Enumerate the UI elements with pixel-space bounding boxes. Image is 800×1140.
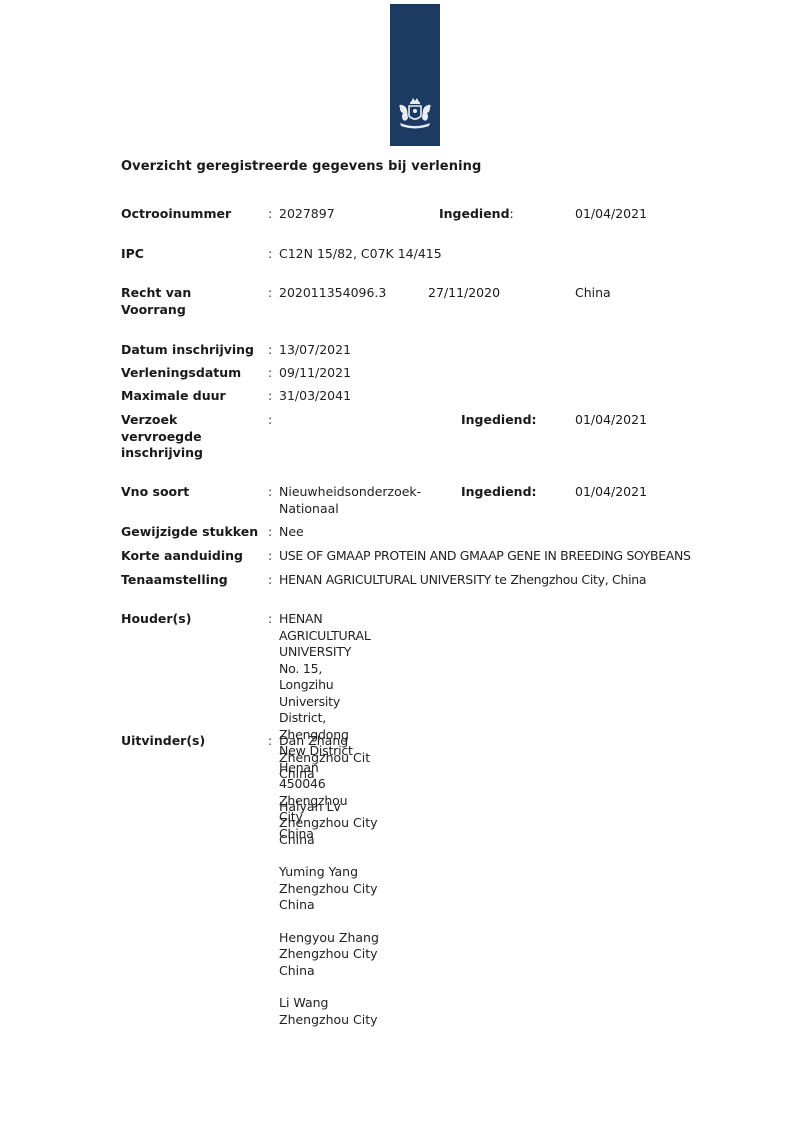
dutch-coat-of-arms-icon: [394, 96, 436, 136]
inventor-country: China: [279, 897, 379, 914]
inventor-entry: Dan ZhangZhengzhou CitChina: [279, 733, 379, 783]
label-korte-aanduiding: Korte aanduiding: [121, 548, 261, 565]
value-ingediend: 01/04/2021: [575, 484, 647, 501]
label-ingediend: Ingediend: [439, 206, 510, 221]
inventor-name: Hengyou Zhang: [279, 930, 379, 947]
colon: :: [268, 412, 272, 429]
inventor-country: China: [279, 963, 379, 980]
colon: :: [268, 246, 272, 263]
value-priority-number: 202011354096.3: [279, 285, 386, 302]
colon: :: [268, 365, 272, 382]
inventor-entry: Haiyan LvZhengzhou CityChina: [279, 799, 379, 849]
inventor-name: Yuming Yang: [279, 864, 379, 881]
value-tenaamstelling: HENAN AGRICULTURAL UNIVERSITY te Zhengzh…: [279, 572, 646, 589]
label-maximale-duur: Maximale duur: [121, 388, 261, 405]
value-ingediend: 01/04/2021: [575, 206, 647, 223]
value-maximale-duur: 31/03/2041: [279, 388, 351, 405]
colon: :: [268, 342, 272, 359]
value-datum-inschrijving: 13/07/2021: [279, 342, 351, 359]
inventor-entry: Li WangZhengzhou City: [279, 995, 379, 1028]
inventor-name: Haiyan Lv: [279, 799, 379, 816]
colon: :: [268, 484, 272, 501]
value-verleningsdatum: 09/11/2021: [279, 365, 351, 382]
value-ingediend: 01/04/2021: [575, 412, 647, 429]
inventor-country: China: [279, 766, 379, 783]
inventor-city: Zhengzhou City: [279, 946, 379, 963]
label-octrooinummer: Octrooinummer: [121, 206, 261, 223]
label-recht-van-voorrang: Recht van Voorrang: [121, 285, 261, 318]
label-verzoek: Verzoek vervroegde inschrijving: [121, 412, 261, 462]
government-logo: [390, 4, 440, 146]
colon: :: [268, 572, 272, 589]
label-verleningsdatum: Verleningsdatum: [121, 365, 261, 382]
value-priority-date: 27/11/2020: [428, 285, 500, 302]
colon: :: [268, 611, 272, 628]
value-korte-aanduiding: USE OF GMAAP PROTEIN AND GMAAP GENE IN B…: [279, 548, 691, 565]
inventor-list: Dan ZhangZhengzhou CitChinaHaiyan LvZhen…: [279, 733, 379, 1044]
inventor-entry: Hengyou ZhangZhengzhou CityChina: [279, 930, 379, 980]
value-priority-country: China: [575, 285, 611, 302]
value-vno-soort: Nieuwheidsonderzoek- Nationaal: [279, 484, 421, 517]
colon: :: [268, 285, 272, 302]
label-ingediend: Ingediend:: [461, 412, 537, 429]
label-gewijzigde-stukken: Gewijzigde stukken: [121, 524, 261, 541]
colon: :: [510, 206, 514, 221]
colon: :: [268, 548, 272, 565]
value-octrooinummer: 2027897: [279, 206, 335, 223]
inventor-name: Dan Zhang: [279, 733, 379, 750]
label-ipc: IPC: [121, 246, 261, 263]
inventor-name: Li Wang: [279, 995, 379, 1012]
inventor-city: Zhengzhou City: [279, 815, 379, 832]
label-uitvinders: Uitvinder(s): [121, 733, 261, 750]
value-gewijzigde-stukken: Nee: [279, 524, 304, 541]
page-title: Overzicht geregistreerde gegevens bij ve…: [121, 159, 481, 174]
colon: :: [268, 206, 272, 223]
colon: :: [268, 733, 272, 750]
inventor-city: Zhengzhou City: [279, 881, 379, 898]
inventor-country: China: [279, 832, 379, 849]
inventor-city: Zhengzhou City: [279, 1012, 379, 1029]
colon: :: [268, 388, 272, 405]
colon: :: [268, 524, 272, 541]
label-houders: Houder(s): [121, 611, 261, 628]
inventor-entry: Yuming YangZhengzhou CityChina: [279, 864, 379, 914]
label-tenaamstelling: Tenaamstelling: [121, 572, 261, 589]
value-ipc: C12N 15/82, C07K 14/415: [279, 246, 442, 263]
inventor-city: Zhengzhou Cit: [279, 750, 379, 767]
label-datum-inschrijving: Datum inschrijving: [121, 342, 261, 359]
label-vno-soort: Vno soort: [121, 484, 261, 501]
label-ingediend: Ingediend:: [461, 484, 537, 501]
